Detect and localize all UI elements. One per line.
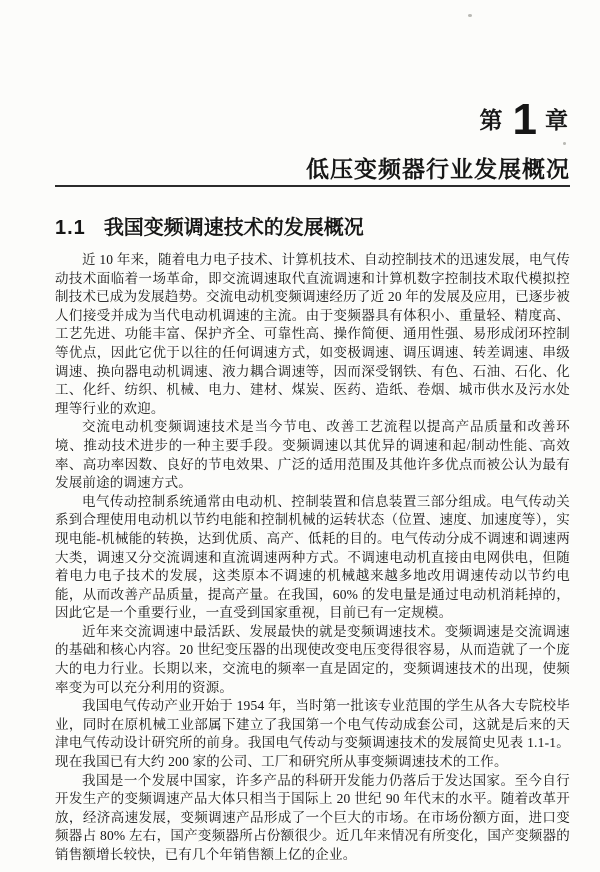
body-paragraph: 电气传动控制系统通常由电动机、控制装置和信息装置三部分组成。电气传动关系到合理使… xyxy=(55,493,570,623)
chapter-suffix: 章 xyxy=(545,107,570,133)
chapter-number-row: 第1章 xyxy=(55,98,570,150)
body-paragraph: 近 10 年来，随着电力电子技术、计算机技术、自动控制技术的迅速发展，电气传动技… xyxy=(55,251,570,418)
body-paragraph: 我国是一个发展中国家，许多产品的科研开发能力仍落后于发达国家。至今自行开发生产的… xyxy=(55,772,570,865)
section-number: 1.1 xyxy=(55,217,86,239)
chapter-title: 低压变频器行业发展概况 xyxy=(55,156,570,182)
scan-speck xyxy=(563,142,566,145)
body-text: 近 10 年来，随着电力电子技术、计算机技术、自动控制技术的迅速发展，电气传动技… xyxy=(55,251,570,865)
header-divider xyxy=(55,185,570,187)
body-paragraph: 近年来交流调速中最活跃、发展最快的就是变频调速技术。变频调速是交流调速的基础和核… xyxy=(55,623,570,697)
chapter-prefix: 第 xyxy=(480,107,505,133)
book-page: 第1章 低压变频器行业发展概况 1.1我国变频调速技术的发展概况 近 10 年来… xyxy=(0,0,600,872)
section-title: 我国变频调速技术的发展概况 xyxy=(104,217,364,239)
chapter-heading: 第1章 低压变频器行业发展概况 xyxy=(55,98,570,182)
scan-speck xyxy=(540,440,543,442)
body-paragraph: 交流电动机变频调速技术是当今节电、改善工艺流程以提高产品质量和改善环境、推动技术… xyxy=(55,418,570,492)
section-heading: 1.1我国变频调速技术的发展概况 xyxy=(55,215,570,241)
scan-speck xyxy=(468,14,472,17)
chapter-number: 1 xyxy=(513,95,537,144)
body-paragraph: 我国电气传动产业开始于 1954 年，当时第一批该专业范围的学生从各大专院校毕业… xyxy=(55,697,570,771)
